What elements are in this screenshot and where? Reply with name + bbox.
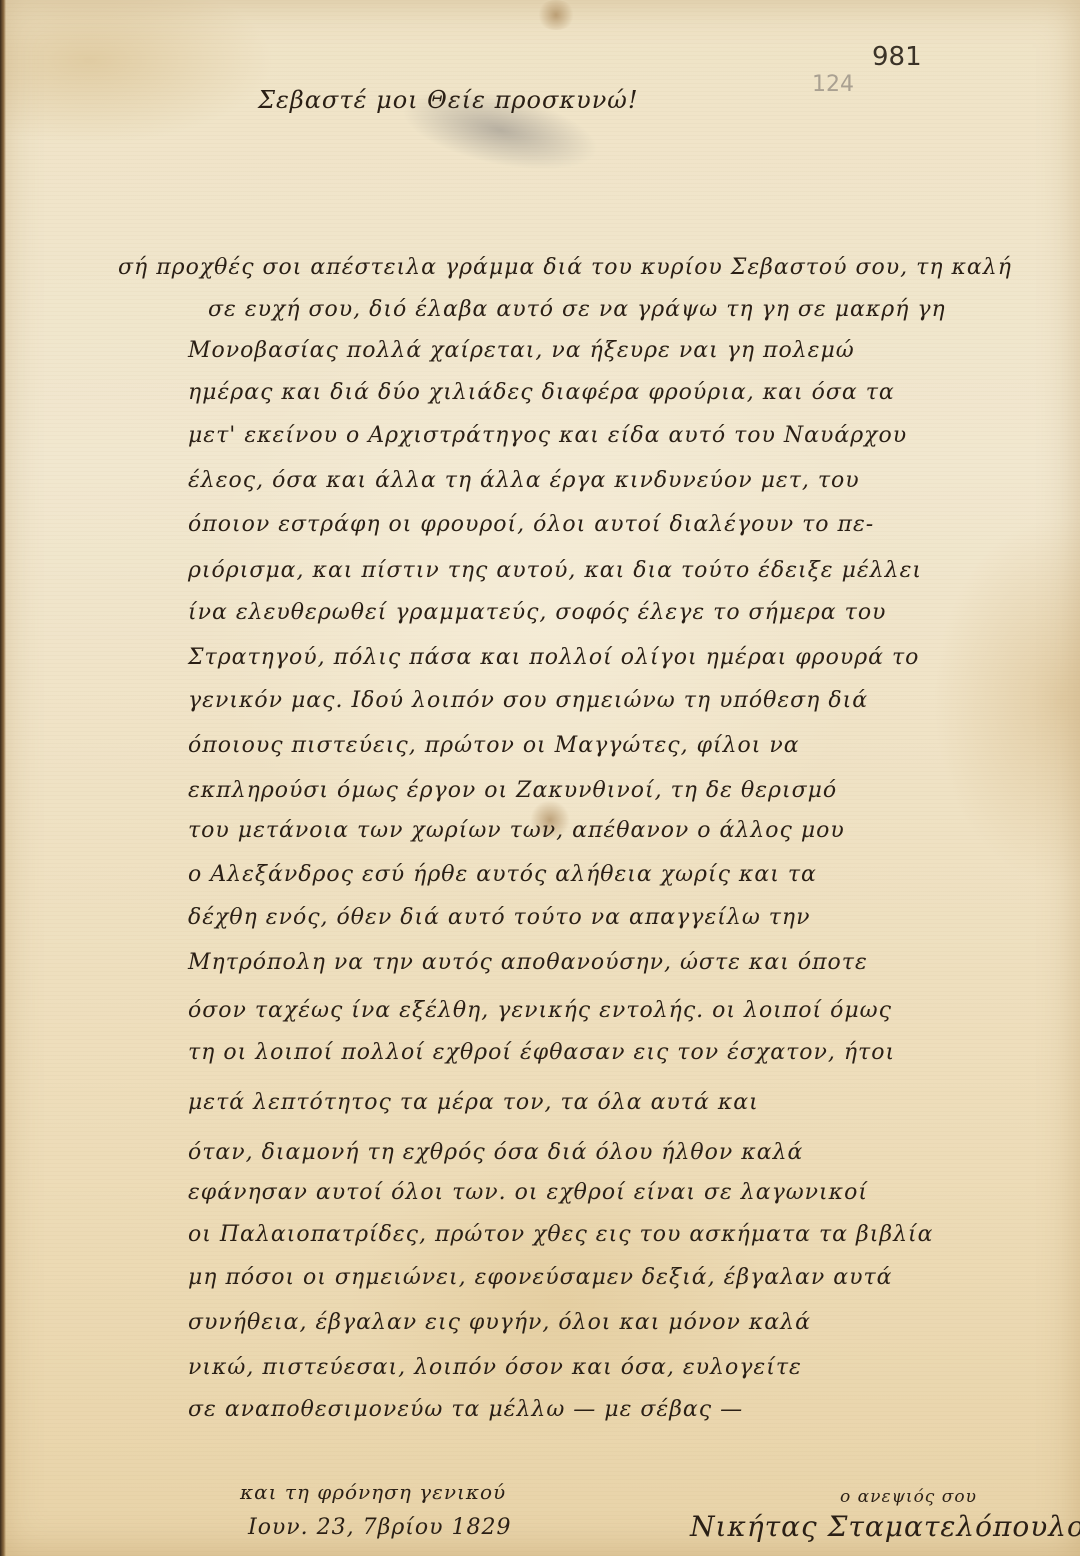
body-line: του μετάνοια των χωρίων των, απέθανον ο … xyxy=(188,818,845,843)
letter-date: Ιουν. 23, 7βρίου 1829 xyxy=(248,1515,512,1540)
body-line: ίνα ελευθερωθεί γραμματεύς, σοφός έλεγε … xyxy=(188,600,886,625)
body-line: Μονοβασίας πολλά χαίρεται, να ήξευρε ναι… xyxy=(188,338,855,363)
folio-number: 981 xyxy=(872,42,922,72)
signature-lead: ο ανεψιός σου xyxy=(840,1487,977,1507)
signature: Νικήτας Σταματελόπουλος xyxy=(690,1510,1080,1543)
body-line: όποιον εστράφη οι φρουροί, όλοι αυτοί δι… xyxy=(188,512,874,537)
body-line: σή προχθές σοι απέστειλα γράμμα διά του … xyxy=(118,255,1012,280)
body-line: νικώ, πιστεύεσαι, λοιπόν όσον και όσα, ε… xyxy=(188,1355,802,1380)
body-line: έλεος, όσα και άλλα τη άλλα έργα κινδυνε… xyxy=(188,468,860,493)
body-line: μετ' εκείνου ο Αρχιστράτηγος και είδα αυ… xyxy=(188,423,907,448)
body-line: τη οι λοιποί πολλοί εχθροί έφθασαν εις τ… xyxy=(188,1040,895,1065)
body-line: δέχθη ενός, όθεν διά αυτό τούτο να απαγγ… xyxy=(188,905,810,930)
body-line: οι Παλαιοπατρίδες, πρώτον χθες εις του α… xyxy=(188,1222,934,1247)
body-line: Μητρόπολη να την αυτός αποθανούσην, ώστε… xyxy=(188,950,868,975)
closing-line: και τη φρόνηση γενικού xyxy=(240,1480,506,1504)
archive-pencil-number: 124 xyxy=(812,72,854,97)
body-line: ο Αλεξάνδρος εσύ ήρθε αυτός αλήθεια χωρί… xyxy=(188,862,817,887)
paper-edge xyxy=(0,0,6,1556)
body-line: ριόρισμα, και πίστιν της αυτού, και δια … xyxy=(188,558,922,583)
body-line: όταν, διαμονή τη εχθρός όσα διά όλου ήλθ… xyxy=(188,1140,803,1165)
salutation: Σεβαστέ μοι Θείε προσκυνώ! xyxy=(258,86,639,114)
body-line: σε ευχή σου, διό έλαβα αυτό σε να γράψω … xyxy=(208,297,946,322)
body-line: συνήθεια, έβγαλαν εις φυγήν, όλοι και μό… xyxy=(188,1310,811,1335)
ink-stain xyxy=(536,0,576,30)
body-line: εκπληρούσι όμως έργον οι Ζακυνθινοί, τη … xyxy=(188,778,837,803)
body-line: Στρατηγού, πόλις πάσα και πολλοί ολίγοι … xyxy=(188,645,919,670)
body-line: όσον ταχέως ίνα εξέλθη, γενικής εντολής.… xyxy=(188,998,892,1023)
body-line: εφάνησαν αυτοί όλοι των. οι εχθροί είναι… xyxy=(188,1180,868,1205)
body-line: σε αναποθεσιμονεύω τα μέλλω — με σέβας — xyxy=(188,1397,743,1422)
body-line: όποιους πιστεύεις, πρώτον οι Μαγγώτες, φ… xyxy=(188,733,800,758)
body-line: μετά λεπτότητος τα μέρα τον, τα όλα αυτά… xyxy=(188,1090,759,1115)
body-line: μη πόσοι οι σημειώνει, εφονεύσαμεν δεξιά… xyxy=(188,1265,893,1290)
body-line: ημέρας και διά δύο χιλιάδες διαφέρα φρού… xyxy=(188,380,895,405)
body-line: γενικόν μας. Ιδού λοιπόν σου σημειώνω τη… xyxy=(188,688,868,713)
